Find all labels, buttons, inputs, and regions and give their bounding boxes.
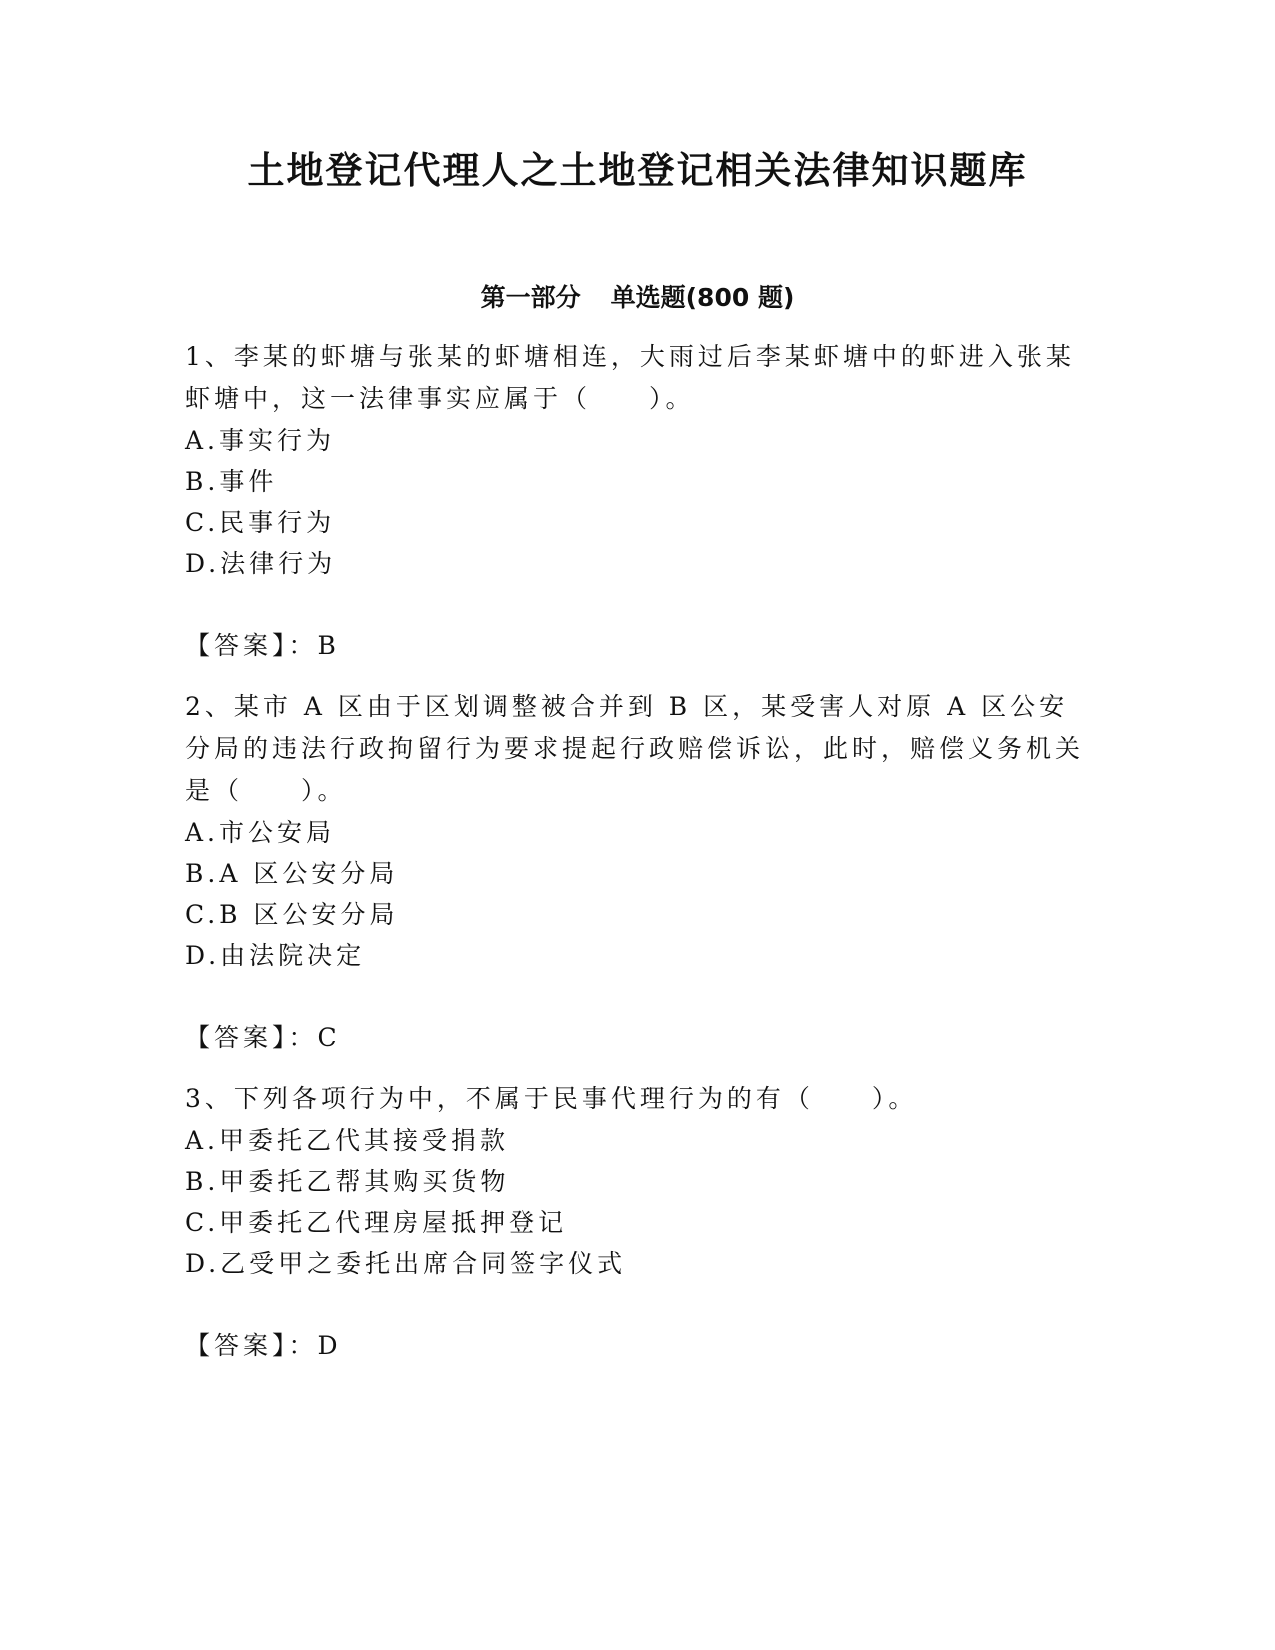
answer-line: 【答案】：B <box>185 626 1085 666</box>
option-b: B.事件 <box>185 461 1085 502</box>
option-a: A.市公安局 <box>185 812 1085 853</box>
option-c: C.B 区公安分局 <box>185 894 1085 935</box>
question-stem: 3、下列各项行为中，不属于民事代理行为的有（ ）。 <box>185 1078 1085 1120</box>
option-b: B.A 区公安分局 <box>185 853 1085 894</box>
section-name: 单选题(800 题) <box>611 283 795 312</box>
question-3: 3、下列各项行为中，不属于民事代理行为的有（ ）。 A.甲委托乙代其接受捐款 B… <box>185 1078 1085 1366</box>
option-c: C.民事行为 <box>185 502 1085 543</box>
section-part: 第一部分 <box>481 283 581 312</box>
answer-value: B <box>318 631 340 660</box>
answer-label: 【答案】： <box>185 1331 318 1360</box>
option-d: D.由法院决定 <box>185 935 1085 976</box>
option-d: D.法律行为 <box>185 543 1085 584</box>
question-stem: 2、某市 A 区由于区划调整被合并到 B 区，某受害人对原 A 区公安分局的违法… <box>185 686 1085 812</box>
question-2: 2、某市 A 区由于区划调整被合并到 B 区，某受害人对原 A 区公安分局的违法… <box>185 686 1085 1058</box>
answer-line: 【答案】：C <box>185 1018 1085 1058</box>
answer-line: 【答案】：D <box>185 1326 1085 1366</box>
option-c: C.甲委托乙代理房屋抵押登记 <box>185 1202 1085 1243</box>
option-b: B.甲委托乙帮其购买货物 <box>185 1161 1085 1202</box>
answer-label: 【答案】： <box>185 631 318 660</box>
section-heading: 第一部分单选题(800 题) <box>0 278 1275 314</box>
option-a: A.甲委托乙代其接受捐款 <box>185 1120 1085 1161</box>
question-1: 1、李某的虾塘与张某的虾塘相连，大雨过后李某虾塘中的虾进入张某虾塘中，这一法律事… <box>185 336 1085 666</box>
answer-label: 【答案】： <box>185 1023 318 1052</box>
option-d: D.乙受甲之委托出席合同签字仪式 <box>185 1243 1085 1284</box>
question-stem: 1、李某的虾塘与张某的虾塘相连，大雨过后李某虾塘中的虾进入张某虾塘中，这一法律事… <box>185 336 1085 420</box>
option-a: A.事实行为 <box>185 420 1085 461</box>
answer-value: C <box>318 1023 341 1052</box>
answer-value: D <box>318 1331 342 1360</box>
document-title: 土地登记代理人之土地登记相关法律知识题库 <box>0 140 1275 194</box>
